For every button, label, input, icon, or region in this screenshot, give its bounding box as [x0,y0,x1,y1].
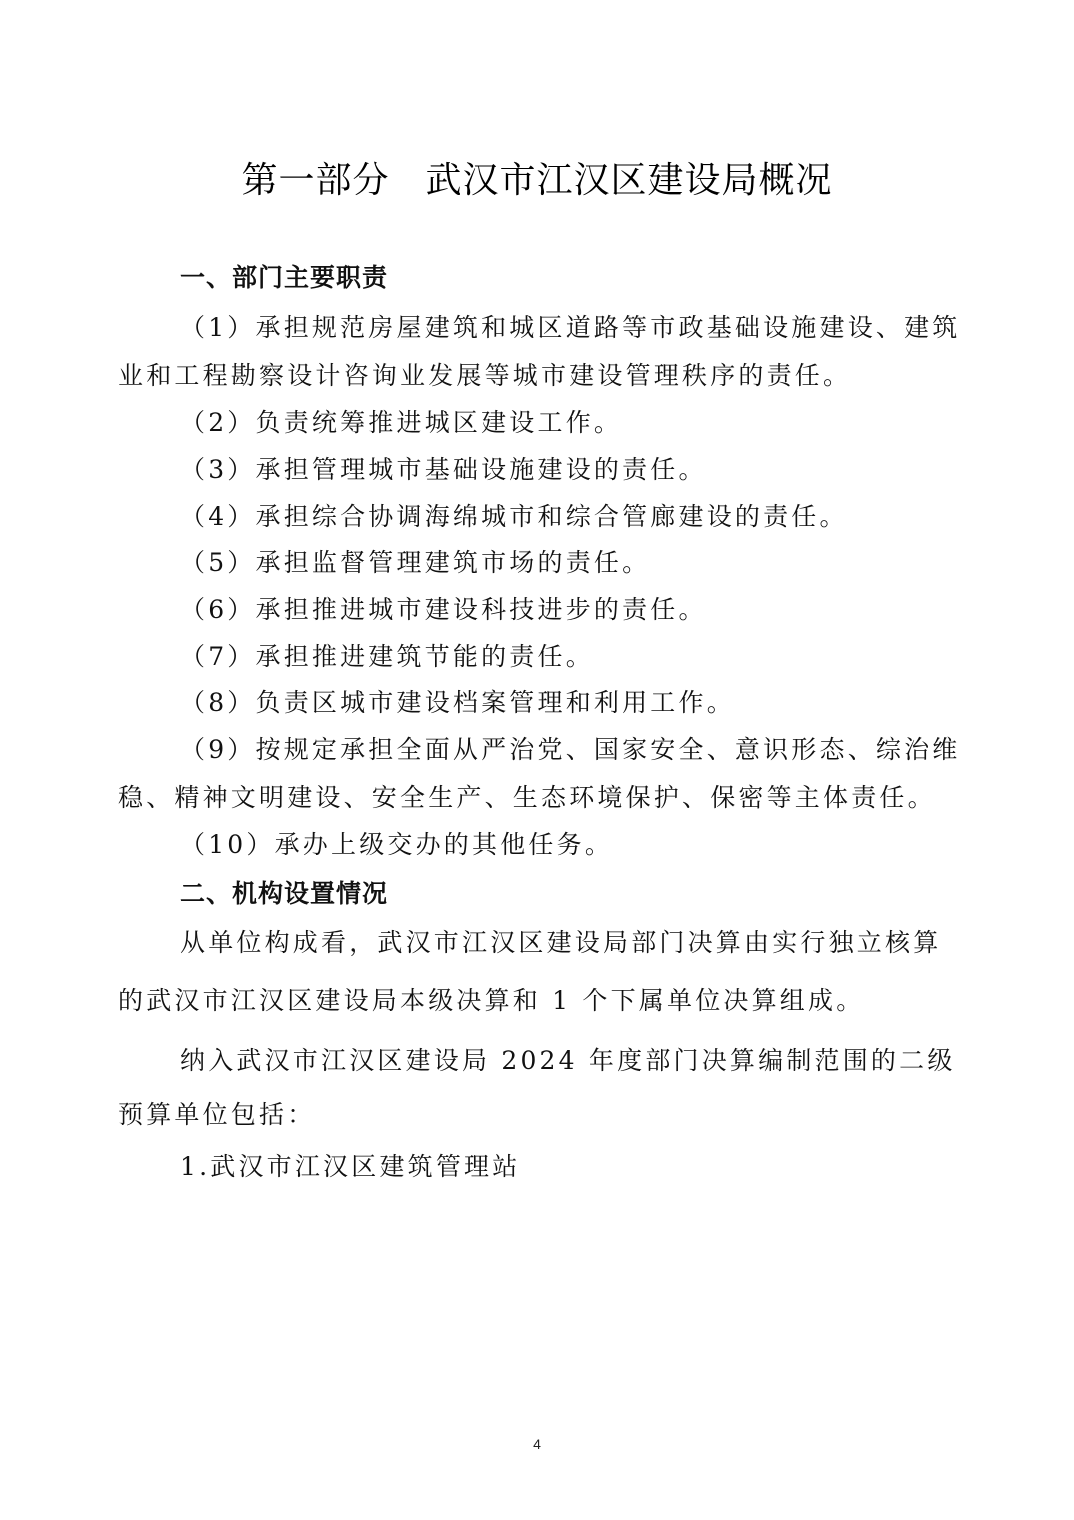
duty-item-6: （6）承担推进城市建设科技进步的责任。 [180,590,707,626]
duty-item-9-line1: （9）按规定承担全面从严治党、国家安全、意识形态、综治维 [180,730,961,766]
duty-item-7: （7）承担推进建筑节能的责任。 [180,637,594,673]
title-main: 武汉市江汉区建设局概况 [426,160,833,201]
duty-item-1-line1: （1）承担规范房屋建筑和城区道路等市政基础设施建设、建筑 [180,308,961,344]
duty-item-4: （4）承担综合协调海绵城市和综合管廊建设的责任。 [180,497,848,533]
duty-item-10: （10）承办上级交办的其他任务。 [180,825,613,861]
org-para2-line1: 纳入武汉市江汉区建设局 2024 年度部门决算编制范围的二级 [180,1041,956,1077]
org-para2-line2: 预算单位包括： [118,1095,315,1131]
subordinate-unit-1: 1.武汉市江汉区建筑管理站 [180,1147,520,1183]
page-number: 4 [0,1436,1074,1452]
page-title: 第一部分武汉市江汉区建设局概况 [0,152,1074,203]
document-page: 第一部分武汉市江汉区建设局概况 一、部门主要职责 （1）承担规范房屋建筑和城区道… [0,0,1074,1520]
duty-item-9-line2: 稳、精神文明建设、安全生产、生态环境保护、保密等主体责任。 [118,778,936,814]
duty-item-2: （2）负责统筹推进城区建设工作。 [180,403,622,439]
section-heading-organization: 二、机构设置情况 [180,874,388,910]
duty-item-1-line2: 业和工程勘察设计咨询业发展等城市建设管理秩序的责任。 [118,356,851,392]
duty-item-3: （3）承担管理城市基础设施建设的责任。 [180,450,707,486]
duty-item-8: （8）负责区城市建设档案管理和利用工作。 [180,683,735,719]
org-para1-line2: 的武汉市江汉区建设局本级决算和 1 个下属单位决算组成。 [118,981,864,1017]
duty-item-5: （5）承担监督管理建筑市场的责任。 [180,543,650,579]
title-part: 第一部分 [241,160,389,201]
section-heading-responsibilities: 一、部门主要职责 [180,258,388,294]
org-para1-line1: 从单位构成看，武汉市江汉区建设局部门决算由实行独立核算 [180,923,941,959]
